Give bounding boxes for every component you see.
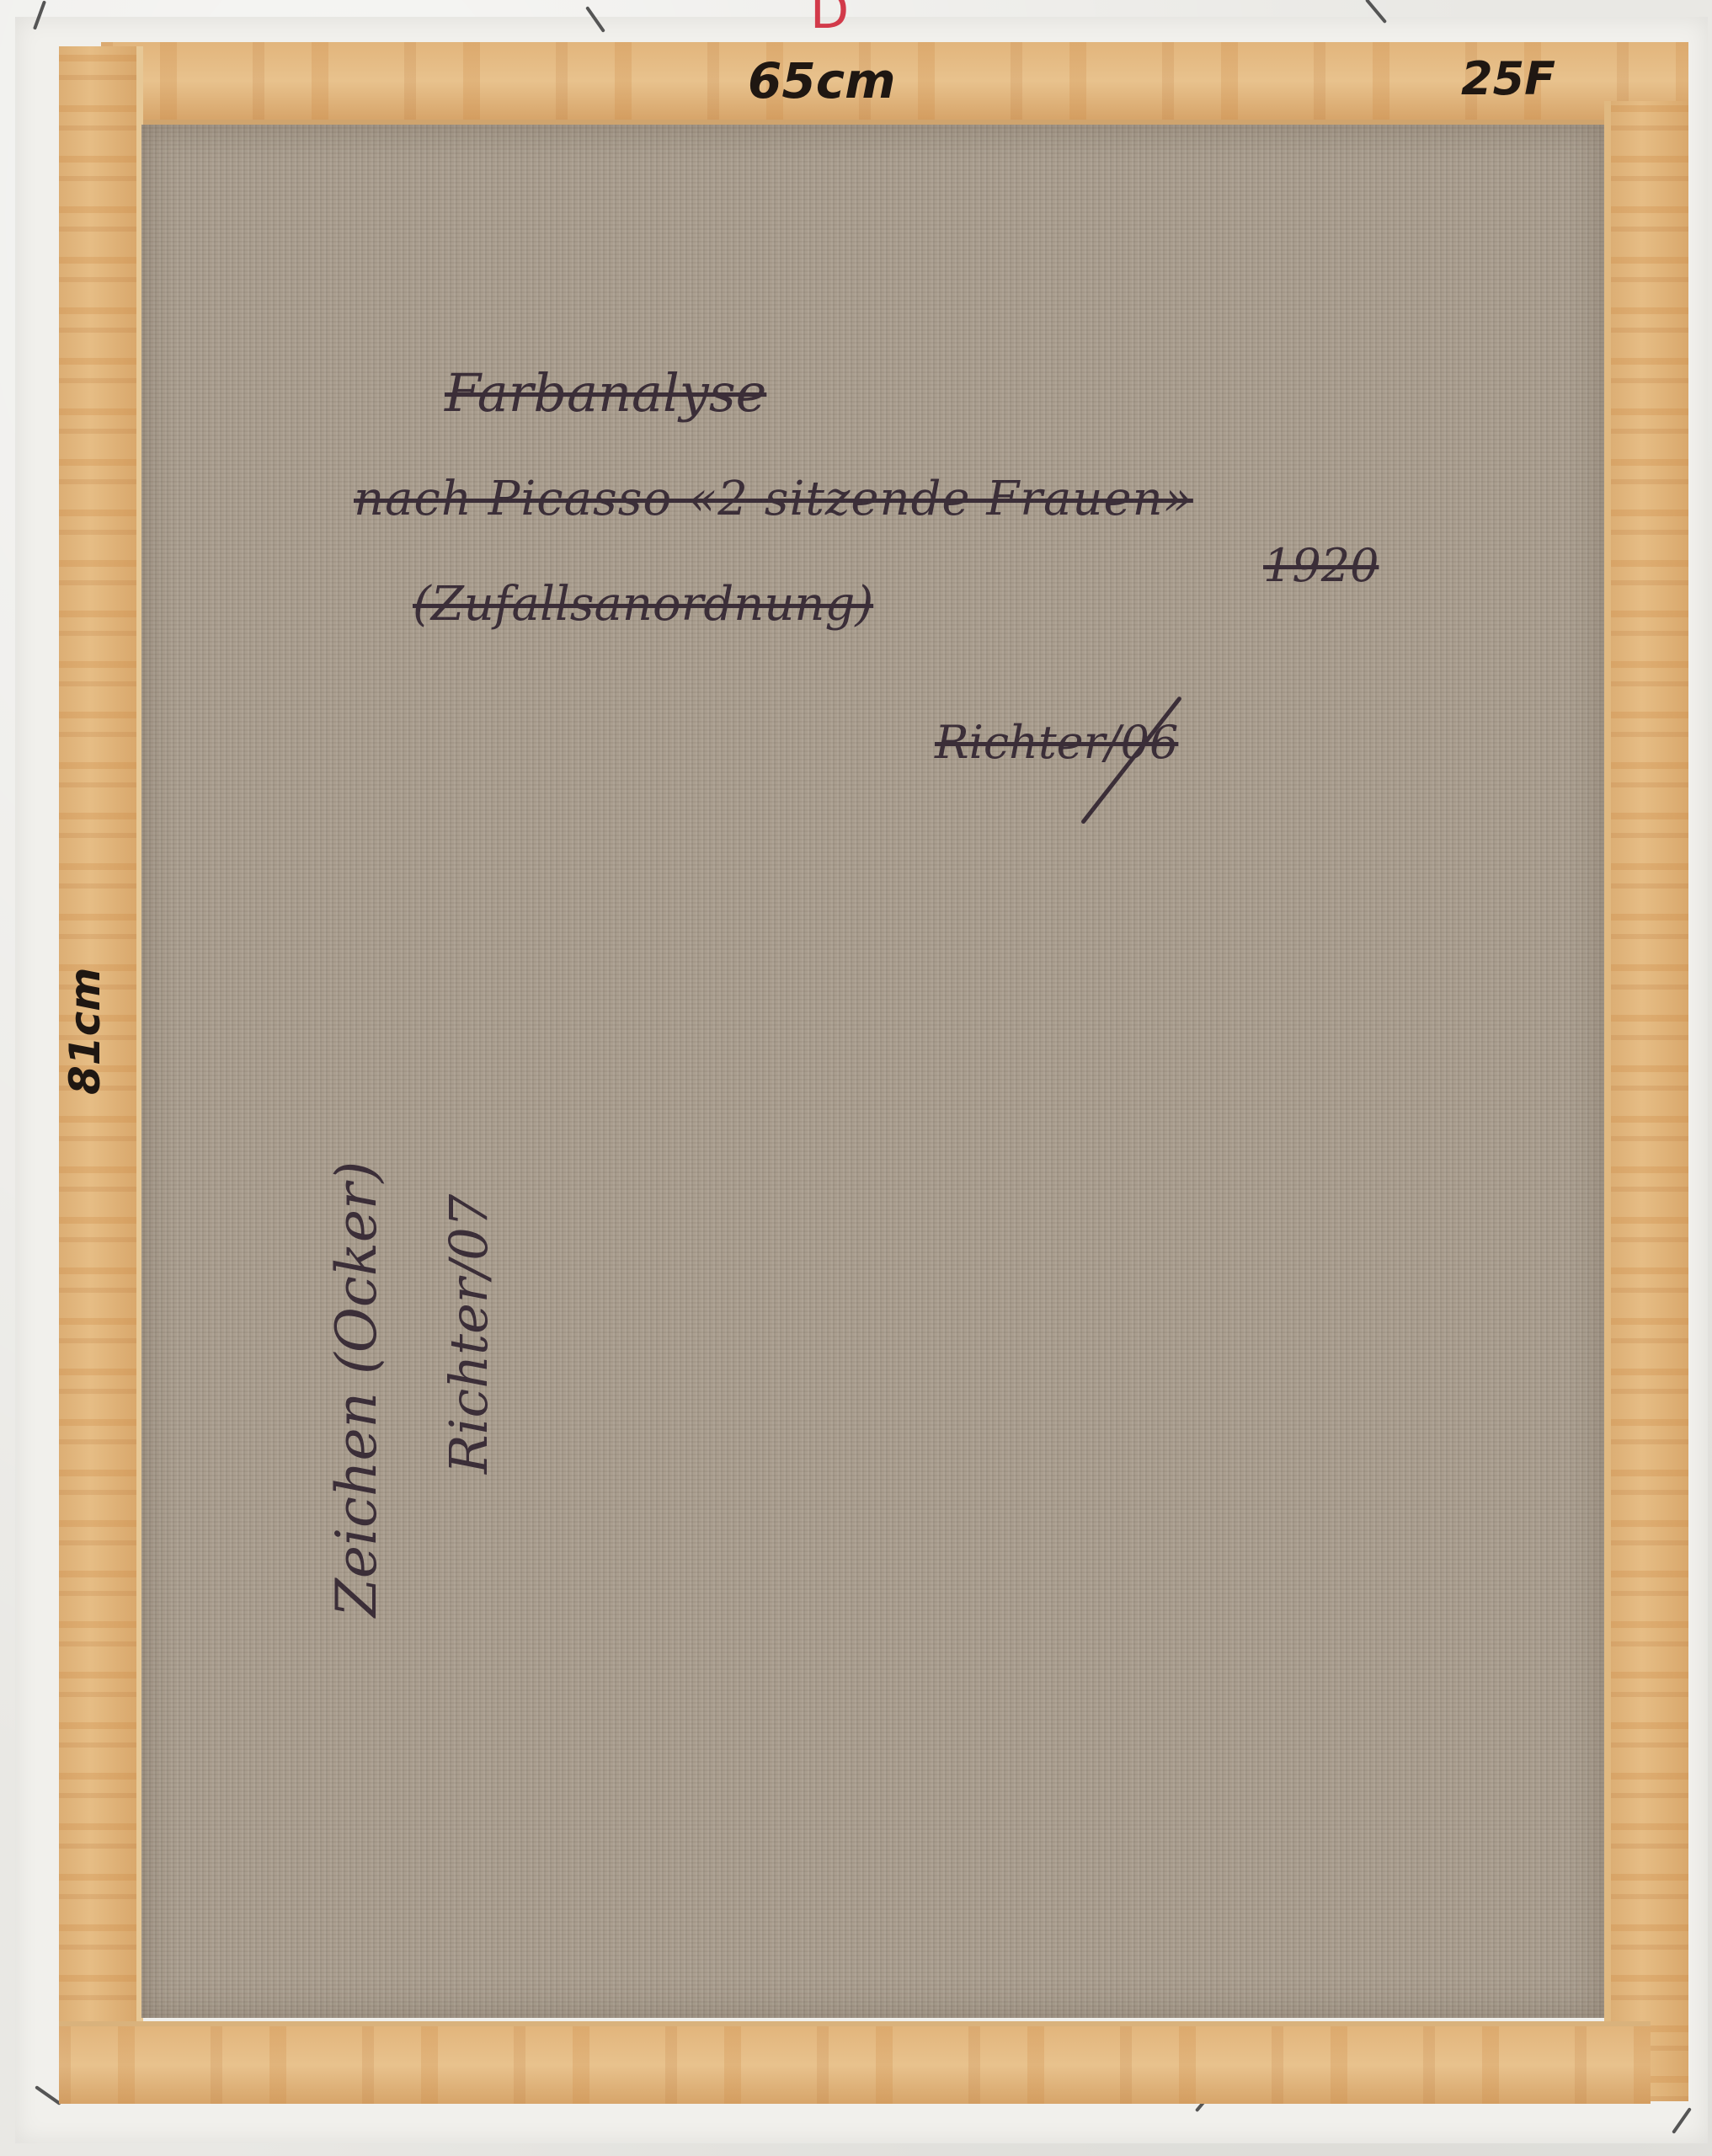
red-letter-mark: D <box>810 0 849 40</box>
crossed-subtitle: (Zufallsanordnung) <box>413 577 873 632</box>
crossed-reference: nach Picasso «2 sitzende Frauen» <box>354 472 1193 526</box>
height-marking: 81cm <box>61 968 109 1095</box>
stretcher-bar-bottom <box>59 2021 1651 2104</box>
current-title: Zeichen (Ocker) <box>324 1161 389 1617</box>
crossed-title: Farbanalyse <box>445 362 766 424</box>
current-signature: Richter/07 <box>438 1194 499 1474</box>
crossed-year: 1920 <box>1263 539 1379 592</box>
stretcher-bar-right <box>1604 101 1688 2101</box>
linen-canvas <box>141 125 1604 2018</box>
format-marking: 25F <box>1461 52 1555 105</box>
width-marking: 65cm <box>748 52 896 109</box>
canvas-back: D 65cm 25F 81cm Farbanalyse nach Picasso… <box>0 0 1712 2156</box>
